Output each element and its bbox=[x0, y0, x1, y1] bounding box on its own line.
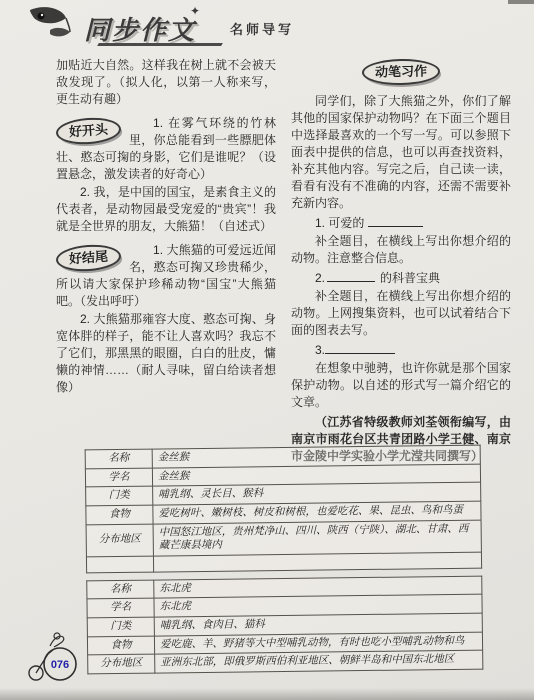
good-opening-section: 好开头 1. 在雾气环绕的竹林里，你总能看到一些膘肥体壮、憨态可掬的身影，它们是… bbox=[56, 115, 276, 235]
row-label-cell: 名称 bbox=[85, 449, 152, 468]
page-header: 同步作文 ✦ 名师导写 bbox=[26, 4, 294, 52]
fill-in-blank-line bbox=[368, 213, 423, 227]
row-label-cell: 食物 bbox=[87, 636, 154, 655]
page-number-badge: 076 bbox=[24, 624, 86, 693]
table-row: 分布地区 中国怒江地区，贵州梵净山、四川、陕西（宁陕）、湖北、甘肃、西藏芒康县境… bbox=[86, 520, 481, 557]
row-label-cell bbox=[86, 556, 153, 573]
topic-3-prefix: 3. bbox=[315, 343, 325, 357]
row-label-cell: 学名 bbox=[87, 599, 154, 618]
topic-2-prefix: 2. bbox=[315, 271, 325, 285]
topic-line-1: 1. 可爱的 bbox=[291, 213, 511, 232]
row-label-cell: 名称 bbox=[87, 580, 154, 599]
scan-shadow bbox=[0, 688, 534, 700]
ending-example-2: 2. 大熊猫那雍容大度、憨态可掬、身宽体胖的样子，能不让人喜欢吗？我忘不了它们，… bbox=[56, 311, 276, 396]
siberian-tiger-table: 名称 东北虎 学名 东北虎 门类 哺乳纲、食肉目、猫科 食物 爱吃鹿、羊、野猪等… bbox=[86, 575, 483, 674]
scan-corner-mark bbox=[508, 0, 534, 4]
topic-2-suffix: 的科普宝典 bbox=[380, 271, 440, 285]
topic-line-3: 3. bbox=[291, 340, 511, 359]
bicycle-doodle-icon: 076 bbox=[24, 624, 86, 688]
page-number: 076 bbox=[51, 659, 69, 671]
topic-2-note: 补全题目，在横线上写出你想介绍的动物。上网搜集资料，也可以试着结合下面的图表去写… bbox=[291, 288, 511, 339]
logo: 同步作文 ✦ bbox=[84, 10, 196, 47]
topic-1-note: 补全题目，在横线上写出你想介绍的动物。注意整合信息。 bbox=[291, 233, 511, 267]
golden-monkey-table: 名称 金丝猴 学名 金丝猴 门类 哺乳纲、灵长目、猴科 食物 爱吃树叶、嫩树枝、… bbox=[85, 445, 482, 574]
fill-in-blank-line bbox=[325, 340, 395, 354]
practice-intro-paragraph: 同学们，除了大熊猫之外，你们了解其他的国家保护动物吗？在下面三个题目中选择最喜欢… bbox=[291, 93, 511, 212]
row-label-cell: 食物 bbox=[86, 505, 153, 524]
topic-line-2: 2.的科普宝典 bbox=[291, 268, 511, 287]
table-row: 分布地区 亚洲东北部，即俄罗斯西伯利亚地区、朝鲜半岛和中国东北地区 bbox=[88, 650, 483, 673]
topic-3-note: 在想象中驰骋，也许你就是那个国家保护动物。以自述的形式写一篇介绍它的文章。 bbox=[291, 360, 511, 411]
intro-continuation-paragraph: 加贴近大自然。这样我在树上就不会被天敌发现了。（拟人化，以第一人称来写，更生动有… bbox=[56, 57, 276, 108]
row-label-cell: 分布地区 bbox=[86, 524, 153, 557]
topic-1-prefix: 1. 可爱的 bbox=[315, 216, 364, 230]
left-column: 加贴近大自然。这样我在树上就不会被天敌发现了。（拟人化，以第一人称来写，更生动有… bbox=[56, 57, 276, 466]
writing-practice-section-header: 动笔习作 bbox=[291, 59, 511, 85]
star-icon: ✦ bbox=[190, 4, 200, 18]
text-columns: 加贴近大自然。这样我在树上就不会被天敌发现了。（拟人化，以第一人称来写，更生动有… bbox=[56, 57, 512, 466]
fill-in-blank-line bbox=[327, 268, 375, 282]
row-value-cell: 亚洲东北部，即俄罗斯西伯利亚地区、朝鲜半岛和中国东北地区 bbox=[155, 650, 483, 673]
book-page: 同步作文 ✦ 名师导写 加贴近大自然。这样我在树上就不会被天敌发现了。（拟人化，… bbox=[0, 0, 534, 700]
animal-info-tables: 名称 金丝猴 学名 金丝猴 门类 哺乳纲、灵长目、猴科 食物 爱吃树叶、嫩树枝、… bbox=[85, 445, 484, 675]
row-label-cell: 学名 bbox=[85, 468, 152, 487]
logo-subtitle: 名师导写 bbox=[230, 19, 294, 38]
writing-practice-badge: 动笔习作 bbox=[362, 58, 440, 85]
empty-table-row bbox=[86, 552, 481, 573]
row-value-cell: 中国怒江地区，贵州梵净山、四川、陕西（宁陕）、湖北、甘肃、西藏芒康县境内 bbox=[153, 520, 481, 556]
leaf-logo-icon bbox=[26, 4, 78, 53]
row-label-cell: 分布地区 bbox=[88, 654, 155, 673]
row-label-cell: 门类 bbox=[86, 486, 153, 505]
opening-example-2: 2. 我，是中国的国宝，是素食主义的代表者，是动物园最受宠爱的“贵宾”！我就是全… bbox=[56, 184, 276, 235]
good-ending-section: 好结尾 1. 大熊猫的可爱远近闻名，憨态可掬又珍贵稀少，所以请大家保护珍稀动物“… bbox=[56, 242, 276, 396]
logo-title: 同步作文 bbox=[84, 10, 196, 47]
row-label-cell: 门类 bbox=[87, 617, 154, 636]
right-column: 动笔习作 同学们，除了大熊猫之外，你们了解其他的国家保护动物吗？在下面三个题目中… bbox=[291, 57, 511, 466]
row-value-cell bbox=[153, 552, 481, 572]
